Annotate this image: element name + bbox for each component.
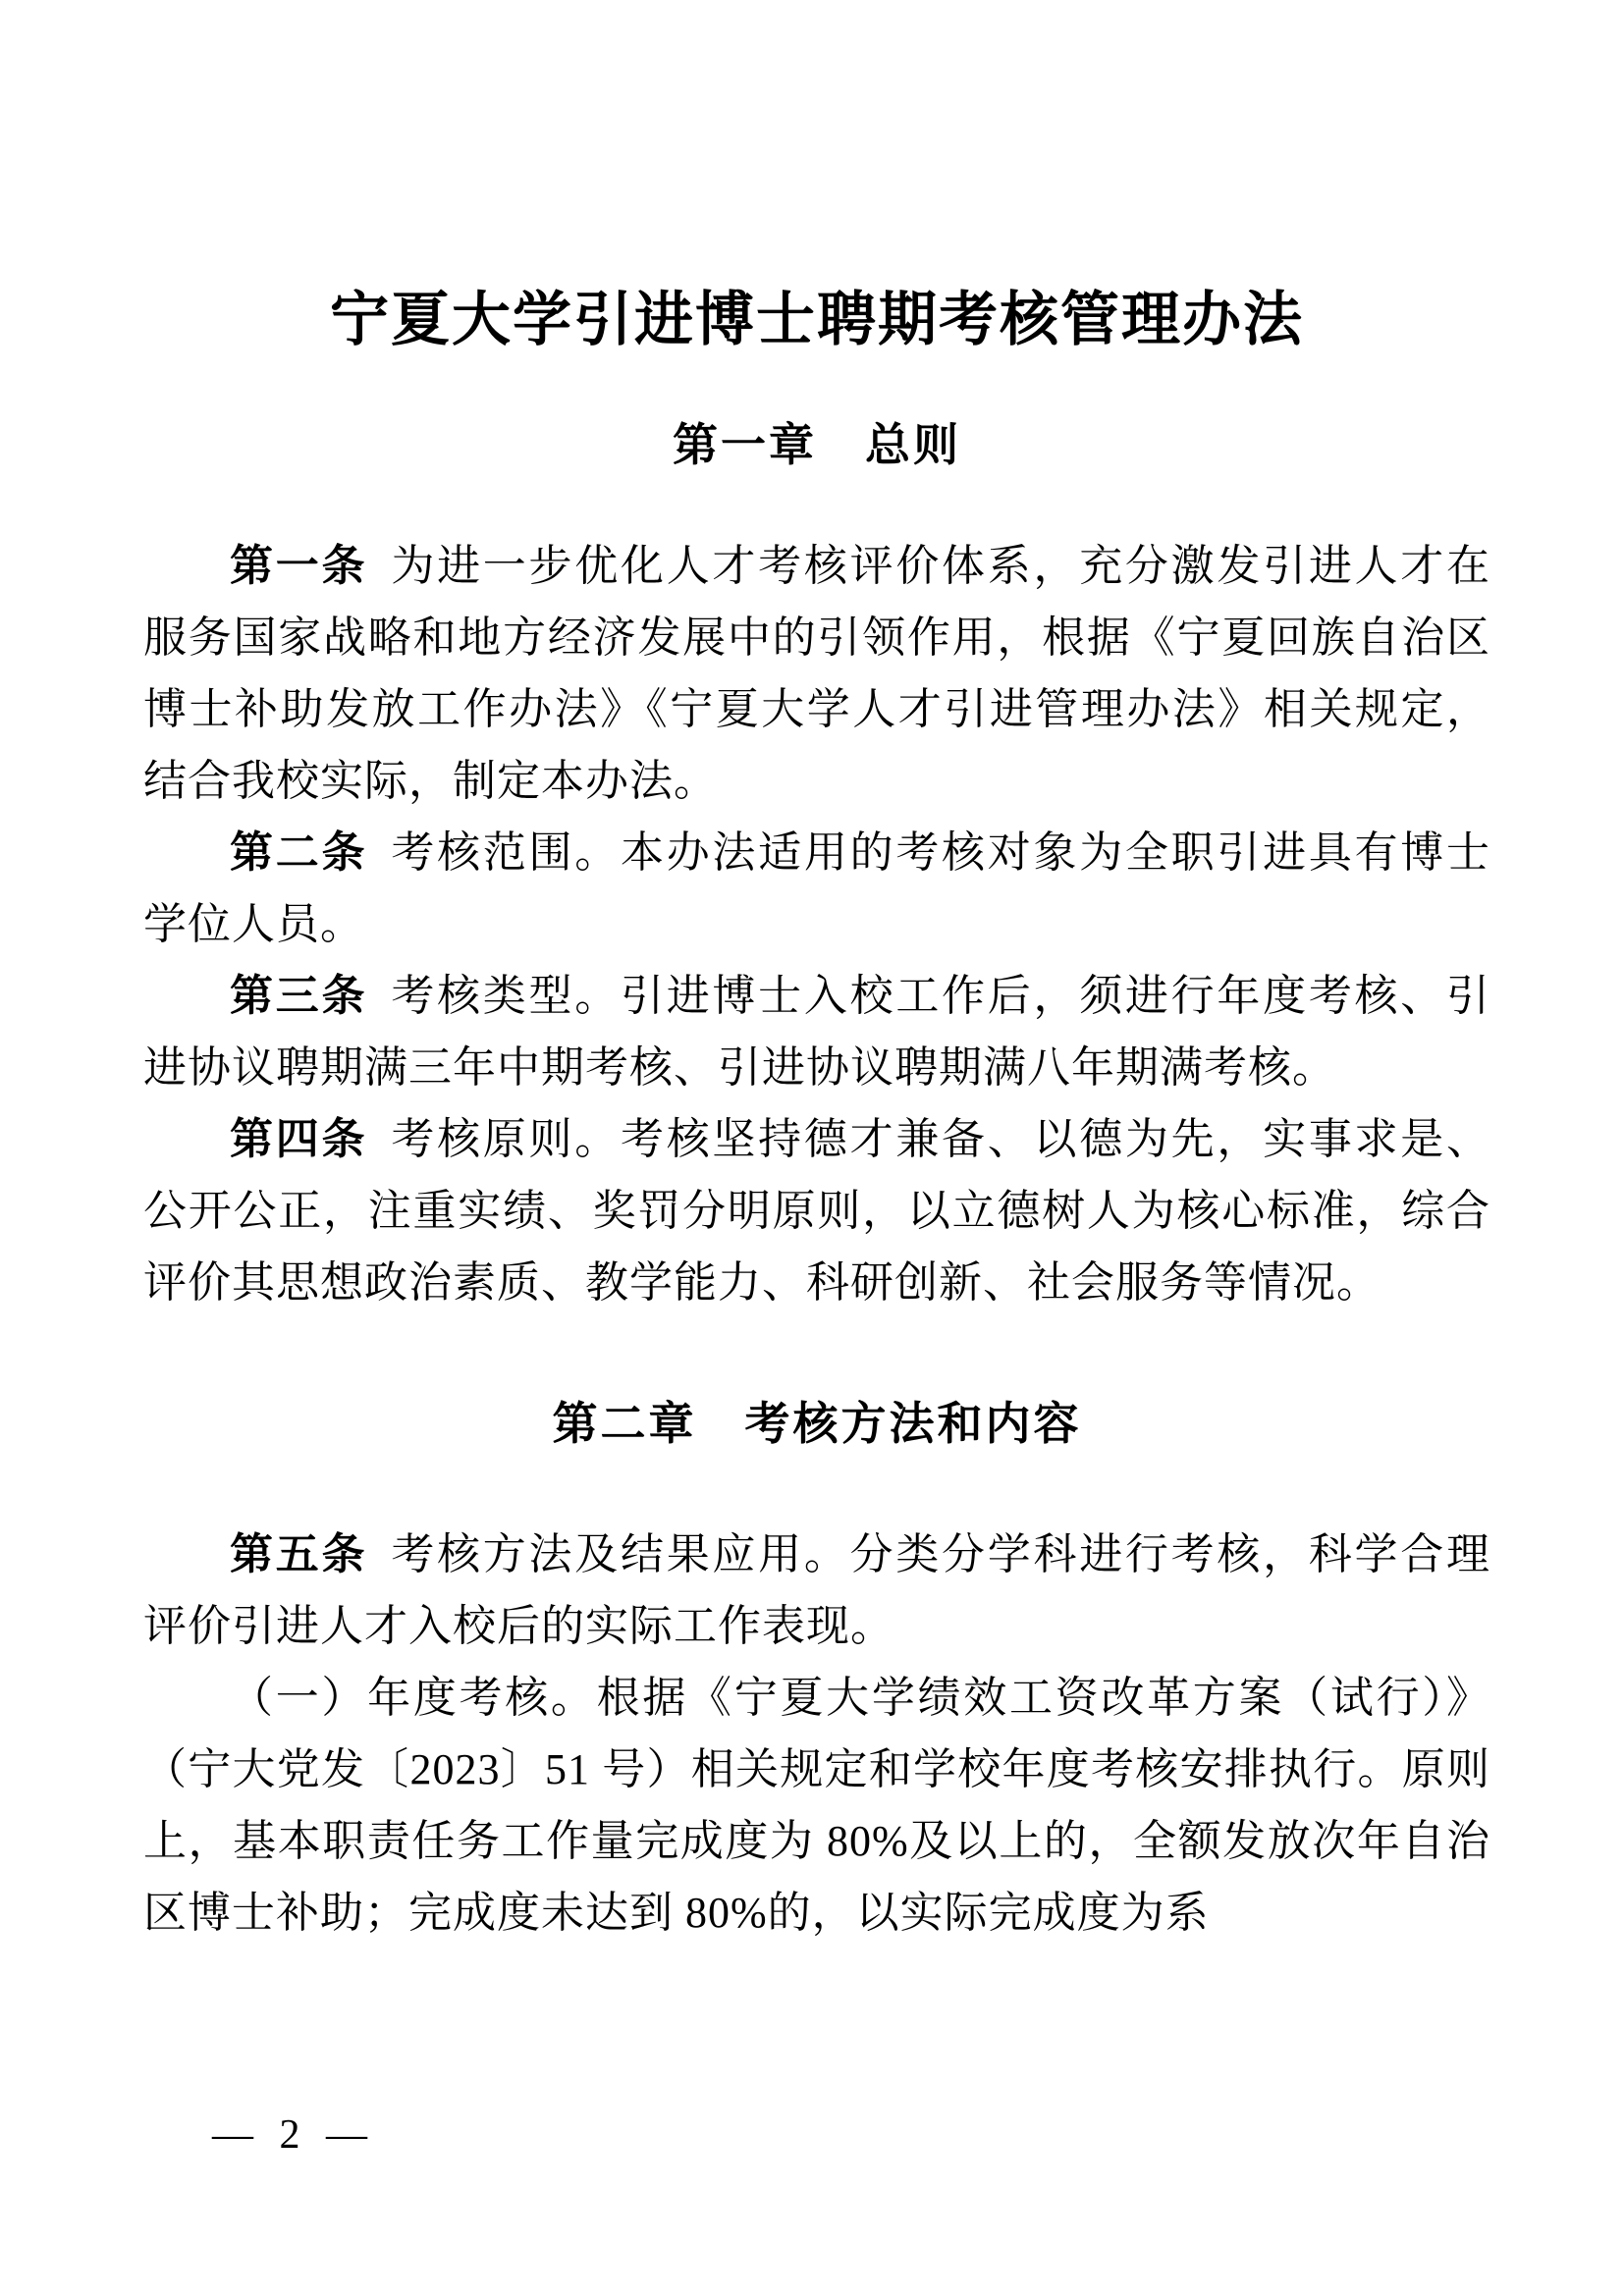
article-4: 第四条考核原则。考核坚持德才兼备、以德为先，实事求是、公开公正，注重实绩、奖罚分…: [143, 1103, 1490, 1318]
article-1: 第一条为进一步优化人才考核评价体系，充分激发引进人才在服务国家战略和地方经济发展…: [143, 530, 1490, 817]
article-2: 第二条考核范围。本办法适用的考核对象为全职引进具有博士学位人员。: [143, 817, 1490, 960]
article-5: 第五条考核方法及结果应用。分类分学科进行考核，科学合理评价引进人才入校后的实际工…: [143, 1519, 1490, 1662]
clause-annual-assessment: （一）年度考核。根据《宁夏大学绩效工资改革方案（试行）》（宁大党发〔2023〕5…: [143, 1662, 1490, 1949]
page-number: — 2 —: [212, 2112, 375, 2158]
document-page: 宁夏大学引进博士聘期考核管理办法 第一章 总则 第一条为进一步优化人才考核评价体…: [0, 0, 1624, 2296]
article-4-number: 第四条: [230, 1115, 367, 1163]
clause-annual-assessment-text: （一）年度考核。根据《宁夏大学绩效工资改革方案（试行）》（宁大党发〔2023〕5…: [143, 1674, 1490, 1937]
chapter-2-body: 第五条考核方法及结果应用。分类分学科进行考核，科学合理评价引进人才入校后的实际工…: [143, 1519, 1490, 1949]
article-2-number: 第二条: [230, 828, 367, 877]
article-3: 第三条考核类型。引进博士入校工作后，须进行年度考核、引进协议聘期满三年中期考核、…: [143, 960, 1490, 1103]
article-5-number: 第五条: [230, 1530, 367, 1578]
article-1-number: 第一条: [230, 542, 367, 590]
chapter-1-heading: 第一章 总则: [143, 416, 1490, 473]
article-3-number: 第三条: [230, 972, 367, 1020]
document-content: 宁夏大学引进博士聘期考核管理办法 第一章 总则 第一条为进一步优化人才考核评价体…: [0, 0, 1624, 1949]
chapter-1-body: 第一条为进一步优化人才考核评价体系，充分激发引进人才在服务国家战略和地方经济发展…: [143, 530, 1490, 1318]
document-title: 宁夏大学引进博士聘期考核管理办法: [143, 279, 1490, 361]
chapter-2-heading: 第二章 考核方法和内容: [143, 1395, 1490, 1452]
